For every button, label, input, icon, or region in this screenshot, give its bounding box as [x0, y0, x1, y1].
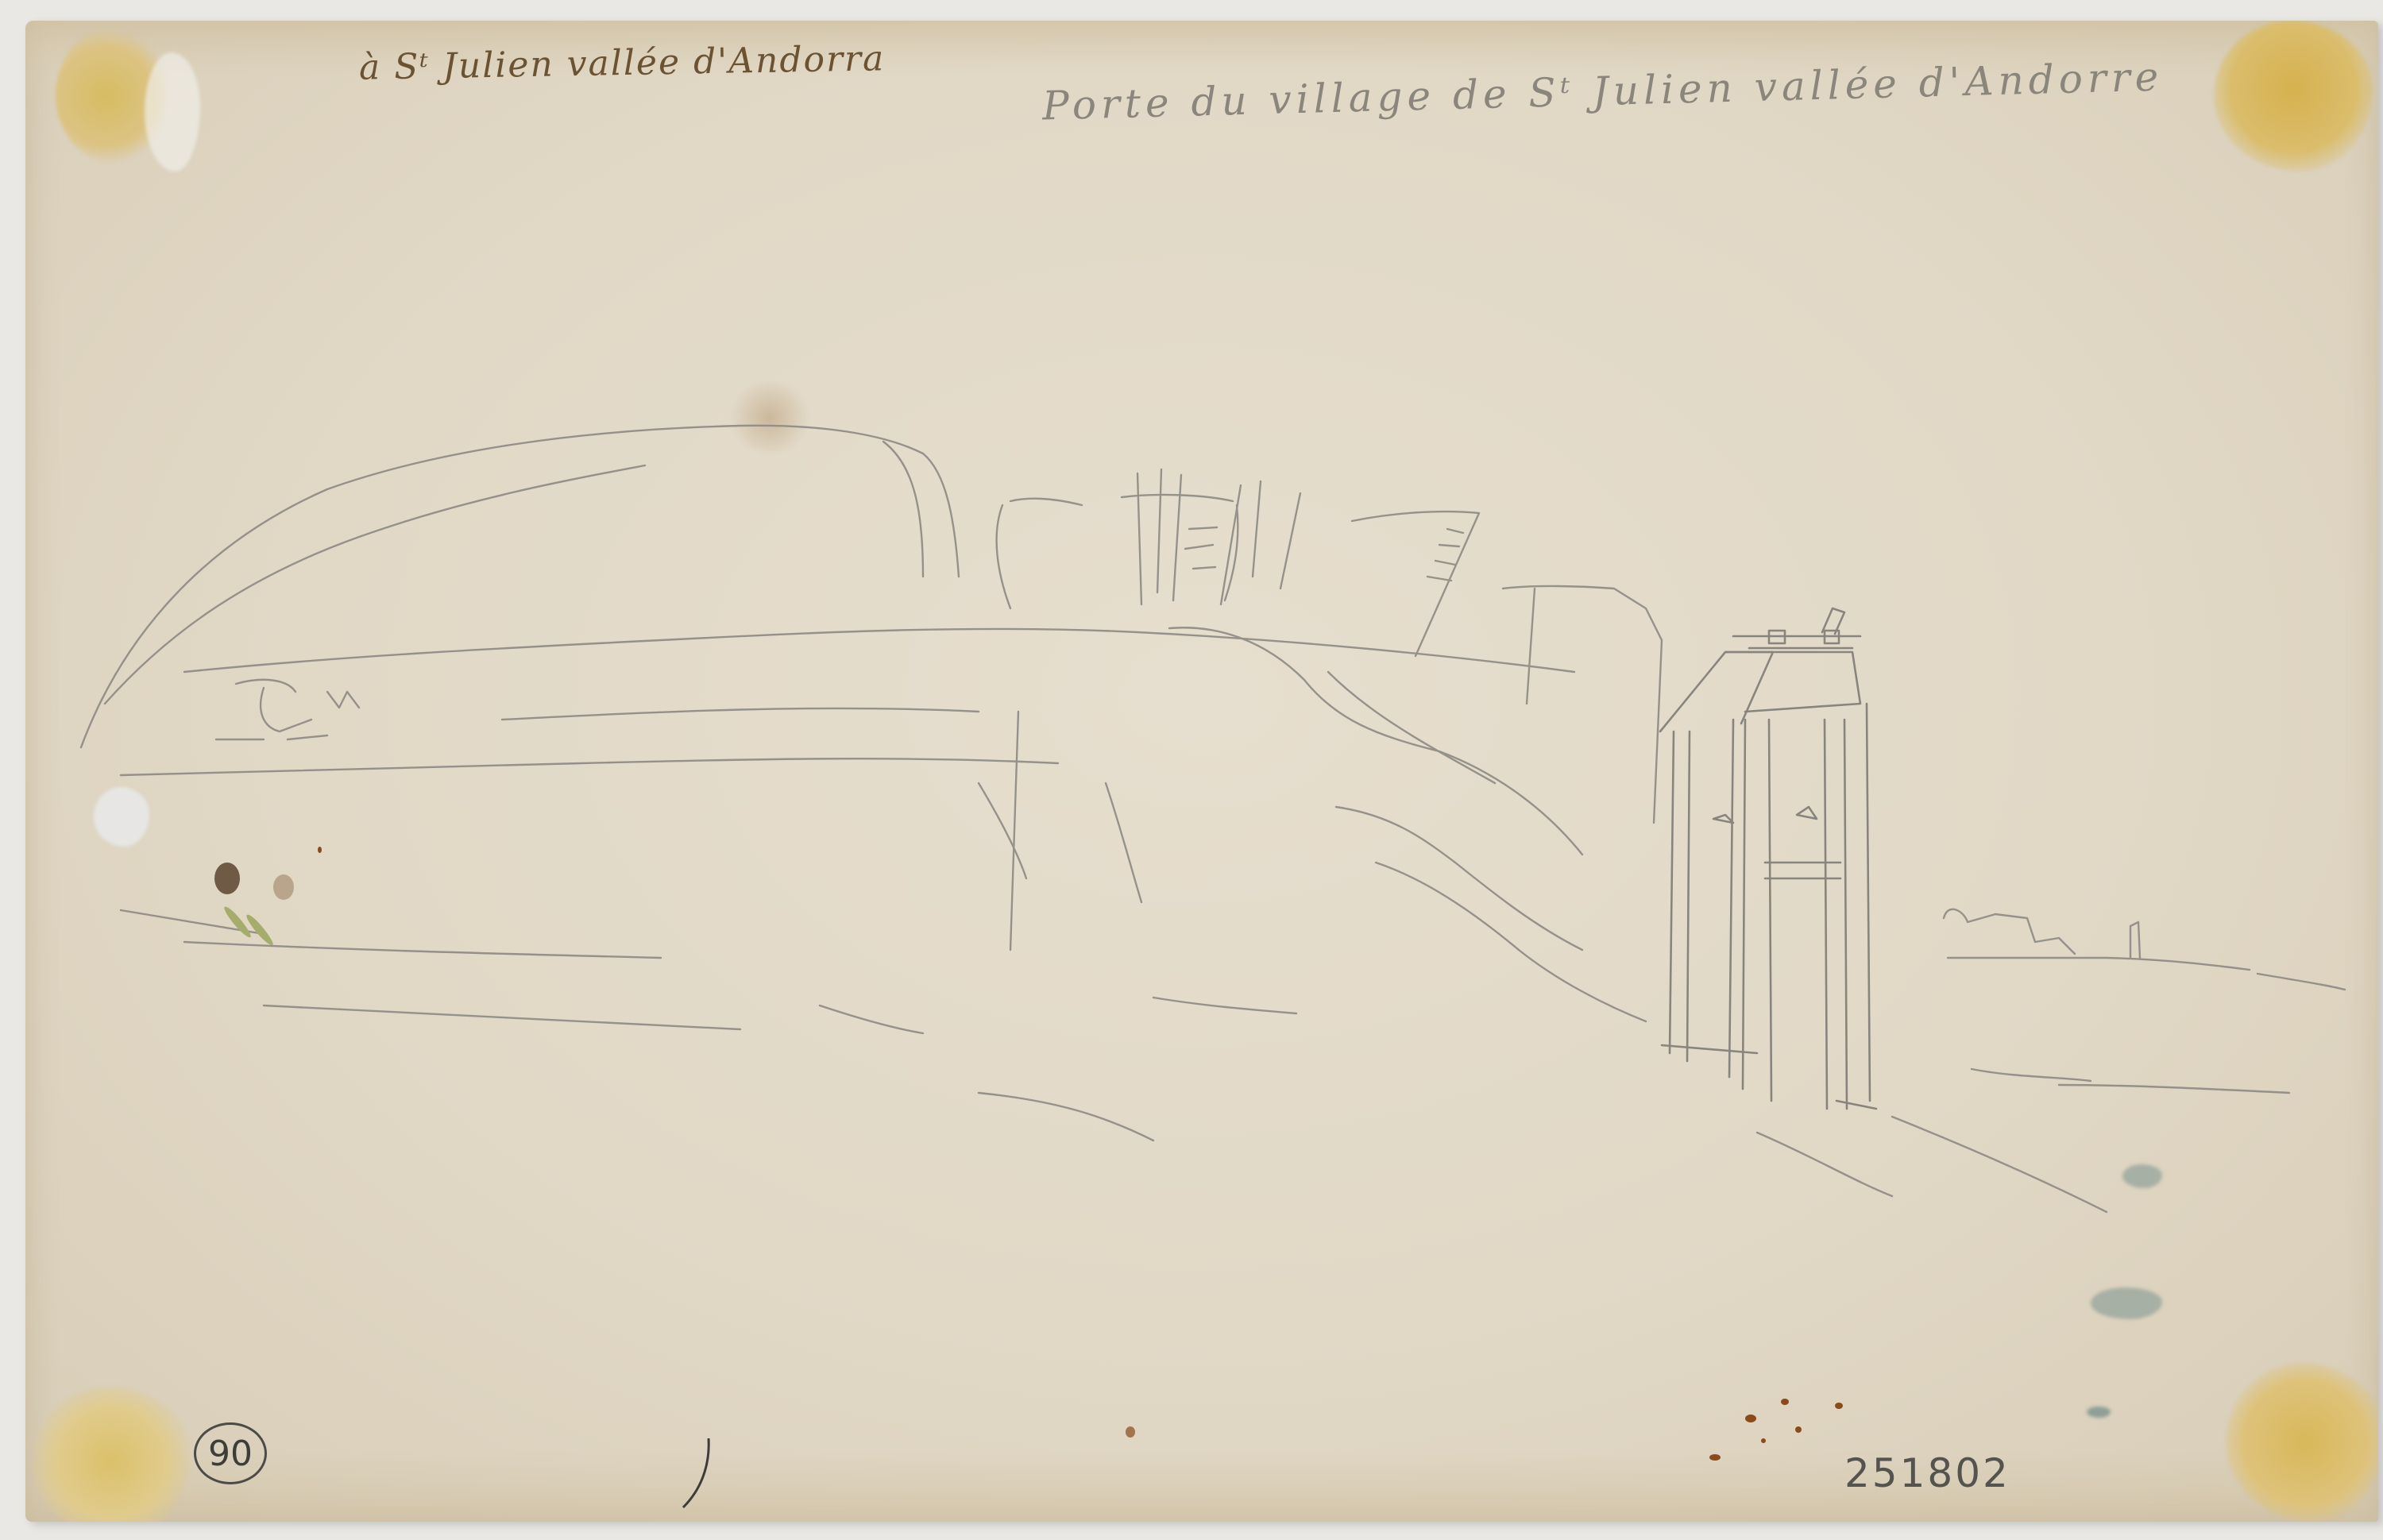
- distant-village: [1944, 909, 2250, 970]
- watercolor-gray-green-2: [2091, 1287, 2162, 1319]
- foxing-spot: [1795, 1426, 1802, 1433]
- circled-number: 90: [208, 1434, 253, 1474]
- gate-tower: [1660, 608, 1876, 1109]
- inventory-number: 251802: [1844, 1450, 2010, 1496]
- watercolor-brown-spot-2: [273, 874, 294, 900]
- palisade: [997, 499, 1082, 608]
- hill-outline: [81, 426, 959, 747]
- foxing-spot: [1761, 1438, 1766, 1443]
- foxing-spot: [1835, 1403, 1843, 1409]
- foxing-spot: [1781, 1399, 1789, 1405]
- foxing-spot: [1126, 1426, 1135, 1438]
- pencil-landscape-drawing: [25, 21, 2378, 1522]
- pencil-arc-mark: [677, 1434, 724, 1514]
- foxing-spot: [1745, 1415, 1756, 1422]
- watercolor-gray-green-3: [2087, 1407, 2111, 1418]
- watercolor-gray-green-1: [2122, 1164, 2162, 1188]
- foxing-spot: [318, 847, 322, 853]
- foxing-spot: [1709, 1454, 1721, 1461]
- circled-number-mark: 90: [194, 1422, 267, 1484]
- watercolor-brown-spot: [214, 863, 240, 894]
- paper-sheet: à Sᵗ Julien vallée d'Andorra Porte du vi…: [25, 21, 2378, 1522]
- left-scribble: [216, 680, 359, 739]
